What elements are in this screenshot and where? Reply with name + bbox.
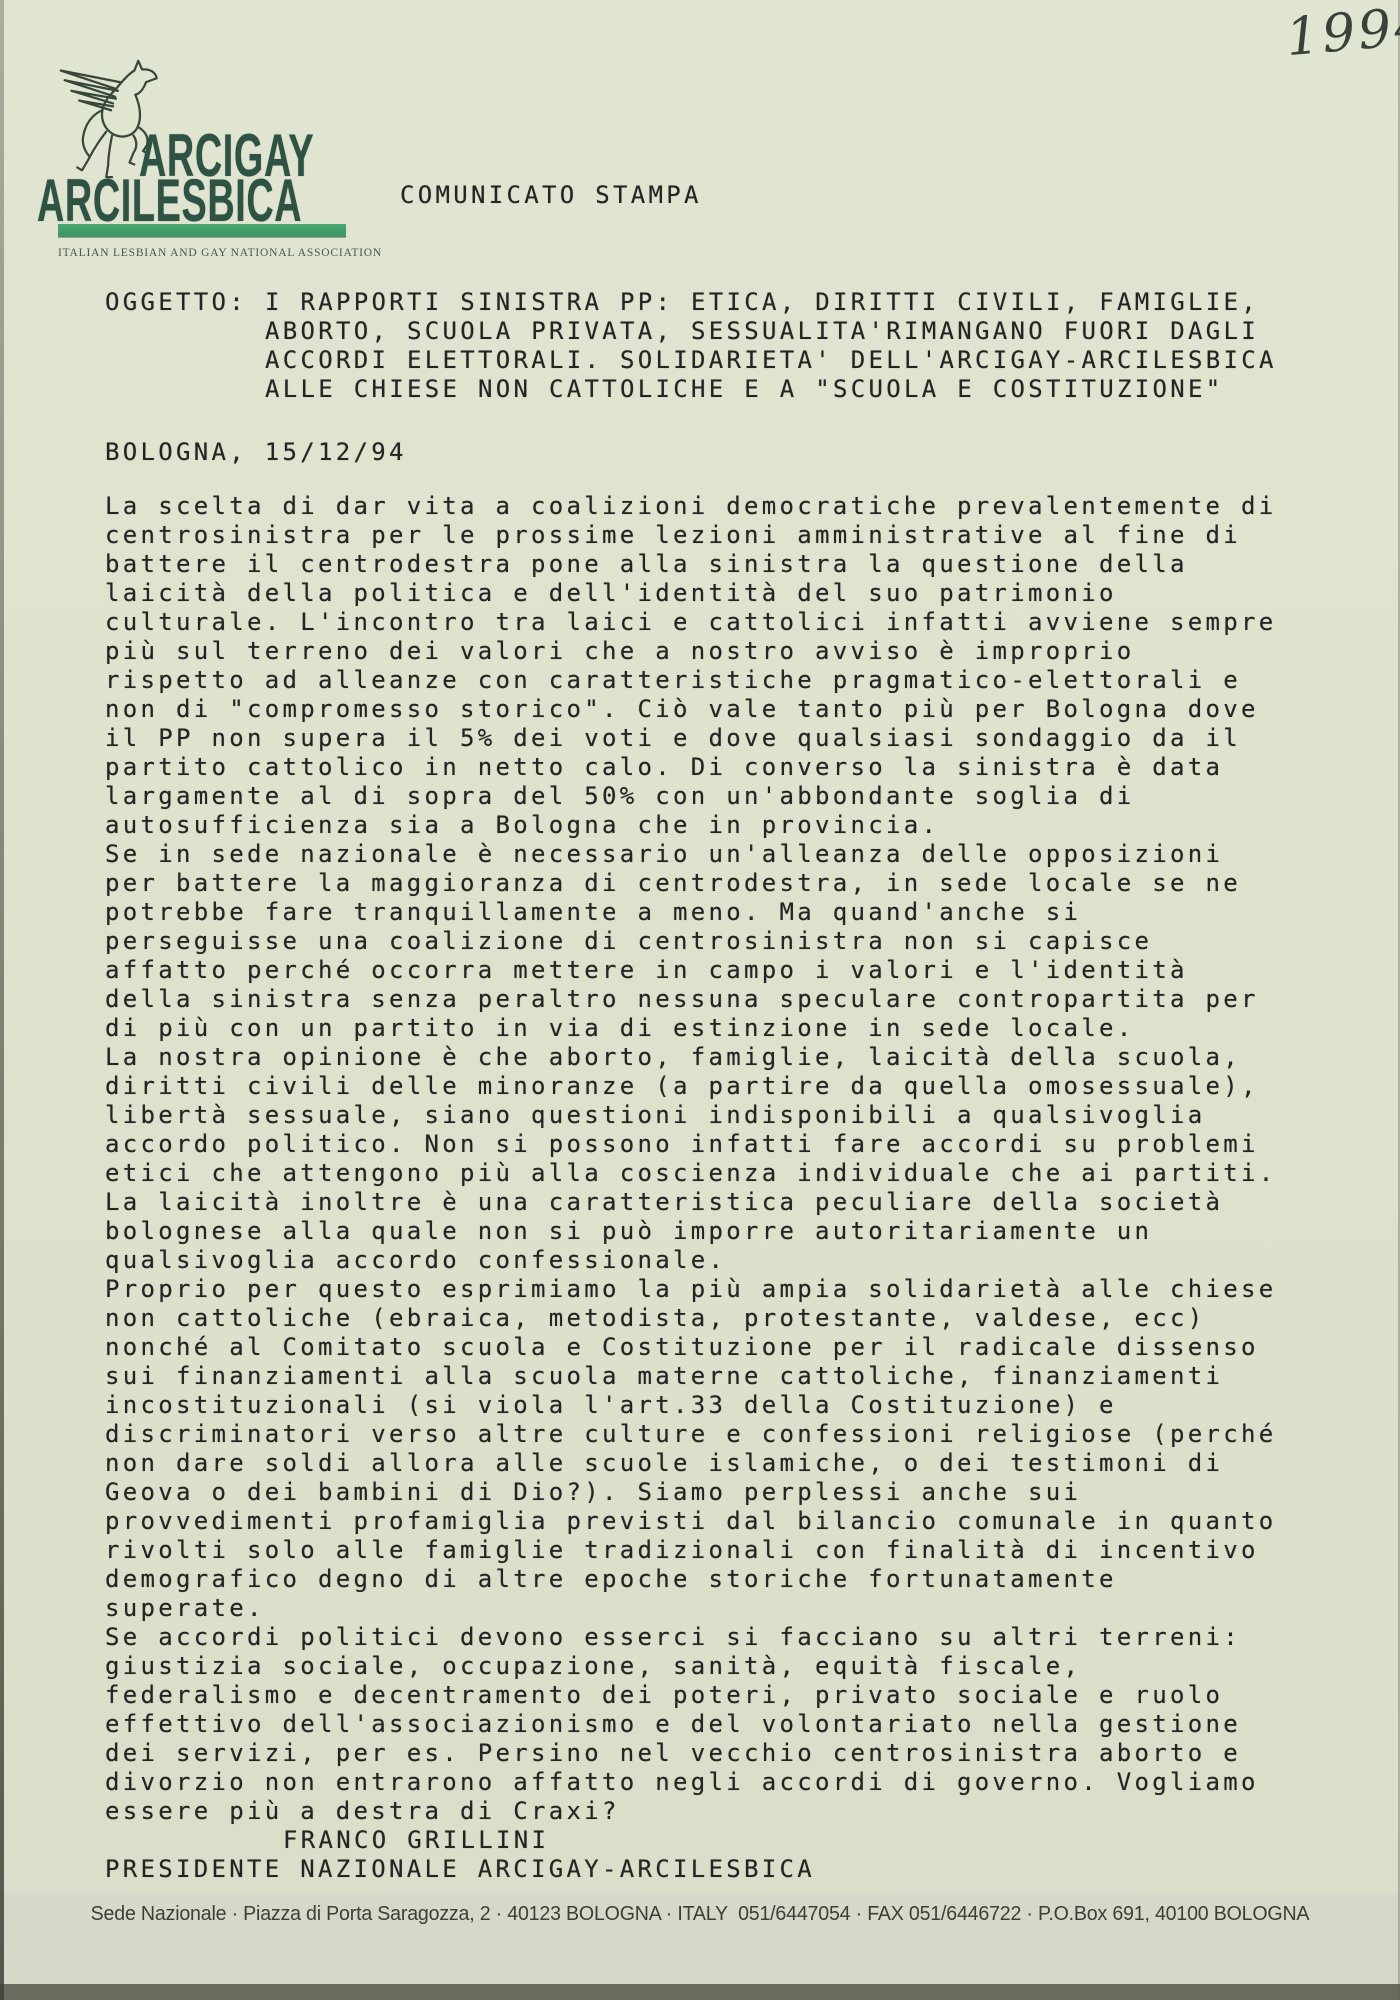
signature-title: PRESIDENTE NAZIONALE ARCIGAY-ARCILESBICA: [105, 1855, 1345, 1884]
body-line: battere il centrodestra pone alla sinist…: [105, 550, 1345, 579]
body-line: essere più a destra di Craxi?: [105, 1797, 1345, 1826]
body-line: laicità della politica e dell'identità d…: [105, 579, 1345, 608]
body-line: discriminatori verso altre culture e con…: [105, 1420, 1345, 1449]
body-line: partito cattolico in netto calo. Di conv…: [105, 753, 1345, 782]
document-type-label: COMUNICATO STAMPA: [400, 181, 702, 210]
body-line: il PP non supera il 5% dei voti e dove q…: [105, 724, 1345, 753]
subject-label: OGGETTO:: [105, 288, 247, 317]
body-line: più sul terreno dei valori che a nostro …: [105, 637, 1345, 666]
handwritten-year-note: 1994: [1284, 0, 1400, 68]
body-line: demografico degno di altre epoche storic…: [105, 1565, 1345, 1594]
subject-line: ACCORDI ELETTORALI. SOLIDARIETA' DELL'AR…: [265, 346, 1277, 375]
body-line: sui finanziamenti alla scuola materne ca…: [105, 1362, 1345, 1391]
body-line: diritti civili delle minoranze (a partir…: [105, 1072, 1345, 1101]
body-lines: La scelta di dar vita a coalizioni democ…: [105, 492, 1345, 1826]
body-line: non dare soldi allora alle scuole islami…: [105, 1449, 1345, 1478]
signature-name: FRANCO GRILLINI: [105, 1826, 1345, 1855]
body-line: La scelta di dar vita a coalizioni democ…: [105, 492, 1345, 521]
body-line: non cattoliche (ebraica, metodista, prot…: [105, 1304, 1345, 1333]
subject-line: ABORTO, SCUOLA PRIVATA, SESSUALITA'RIMAN…: [265, 317, 1277, 346]
body-line: La nostra opinione è che aborto, famigli…: [105, 1043, 1345, 1072]
body-line: libertà sessuale, siano questioni indisp…: [105, 1101, 1345, 1130]
body-line: dei servizi, per es. Persino nel vecchio…: [105, 1739, 1345, 1768]
scan-left-edge: [0, 0, 4, 2000]
body-line: non di "compromesso storico". Ciò vale t…: [105, 695, 1345, 724]
body-line: largamente al di sopra del 50% con un'ab…: [105, 782, 1345, 811]
body-line: La laicità inoltre è una caratteristica …: [105, 1188, 1345, 1217]
body-line: della sinistra senza peraltro nessuna sp…: [105, 985, 1345, 1014]
dateline: BOLOGNA, 15/12/94: [105, 438, 407, 467]
subject-line: ALLE CHIESE NON CATTOLICHE E A "SCUOLA E…: [265, 375, 1277, 404]
subject-block: OGGETTO: I RAPPORTI SINISTRA PP: ETICA, …: [105, 288, 1277, 404]
body-line: etici che attengono più alla coscienza i…: [105, 1159, 1345, 1188]
body-line: qualsivoglia accordo confessionale.: [105, 1246, 1345, 1275]
footer-address-line: Sede Nazionale · Piazza di Porta Saragoz…: [14, 1903, 1386, 1926]
body-line: nonché al Comitato scuola e Costituzione…: [105, 1333, 1345, 1362]
body-line: Proprio per questo esprimiamo la più amp…: [105, 1275, 1345, 1304]
logo-tagline: ITALIAN LESBIAN AND GAY NATIONAL ASSOCIA…: [58, 247, 382, 259]
scan-bottom-edge: [0, 1984, 1400, 2000]
logo-title-arcilesbica: ARCILESBICA: [37, 171, 302, 231]
body-line: Se accordi politici devono esserci si fa…: [105, 1623, 1345, 1652]
body-line: rispetto ad alleanze con caratteristiche…: [105, 666, 1345, 695]
body-line: centrosinistra per le prossime lezioni a…: [105, 521, 1345, 550]
body-line: di più con un partito in via di estinzio…: [105, 1014, 1345, 1043]
body-line: culturale. L'incontro tra laici e cattol…: [105, 608, 1345, 637]
body-line: giustizia sociale, occupazione, sanità, …: [105, 1652, 1345, 1681]
body-line: bolognese alla quale non si può imporre …: [105, 1217, 1345, 1246]
body-line: affatto perché occorra mettere in campo …: [105, 956, 1345, 985]
body-line: federalismo e decentramento dei poteri, …: [105, 1681, 1345, 1710]
body-line: per battere la maggioranza di centrodest…: [105, 869, 1345, 898]
press-release-body: La scelta di dar vita a coalizioni democ…: [105, 492, 1345, 1884]
body-line: Geova o dei bambini di Dio?). Siamo perp…: [105, 1478, 1345, 1507]
subject-lines: I RAPPORTI SINISTRA PP: ETICA, DIRITTI C…: [265, 288, 1277, 404]
body-line: perseguisse una coalizione di centrosini…: [105, 927, 1345, 956]
body-line: divorzio non entrarono affatto negli acc…: [105, 1768, 1345, 1797]
body-line: Se in sede nazionale è necessario un'all…: [105, 840, 1345, 869]
scanned-press-release-page: 1994 ARCIGAY: [0, 0, 1400, 2000]
body-line: superate.: [105, 1594, 1345, 1623]
body-line: accordo politico. Non si possono infatti…: [105, 1130, 1345, 1159]
body-line: provvedimenti profamiglia previsti dal b…: [105, 1507, 1345, 1536]
body-line: effettivo dell'associazionismo e del vol…: [105, 1710, 1345, 1739]
body-line: potrebbe fare tranquillamente a meno. Ma…: [105, 898, 1345, 927]
logo-green-bar: [58, 224, 346, 237]
body-line: incostituzionali (si viola l'art.33 dell…: [105, 1391, 1345, 1420]
subject-line: I RAPPORTI SINISTRA PP: ETICA, DIRITTI C…: [265, 288, 1277, 317]
body-line: rivolti solo alle famiglie tradizionali …: [105, 1536, 1345, 1565]
body-line: autosufficienza sia a Bologna che in pro…: [105, 811, 1345, 840]
